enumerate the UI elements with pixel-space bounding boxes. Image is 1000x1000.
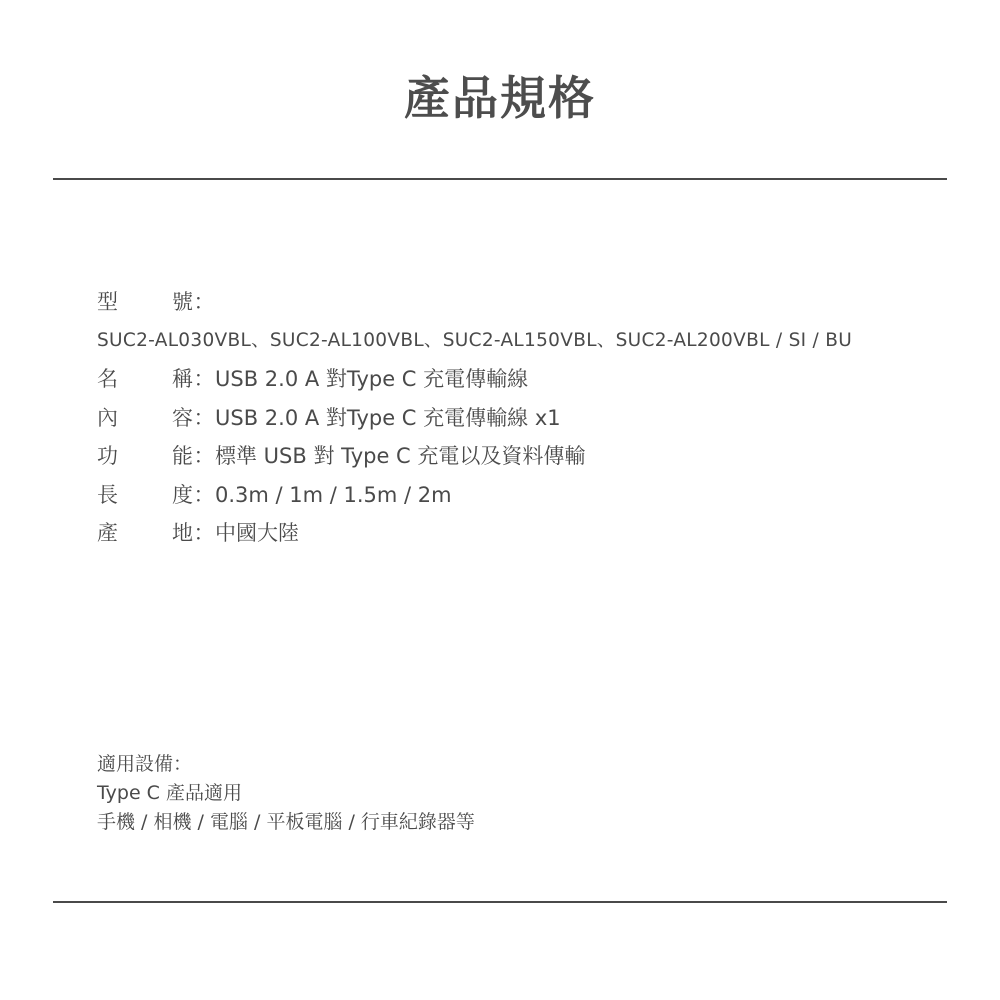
bottom-divider <box>53 901 947 903</box>
spec-name-row: 名 稱 ： USB 2.0 A 對Type C 充電傳輸線 <box>97 360 852 399</box>
spec-contents-row: 內 容 ： USB 2.0 A 對Type C 充電傳輸線 x1 <box>97 399 852 438</box>
spec-label-second-char: 稱 <box>172 360 193 398</box>
spec-label-first-char: 內 <box>97 399 172 437</box>
spec-label-first-char: 名 <box>97 360 172 398</box>
spec-function-row: 功 能 ： 標準 USB 對 Type C 充電以及資料傳輸 <box>97 437 852 476</box>
spec-length-row: 長 度 ： 0.3m / 1m / 1.5m / 2m <box>97 476 852 515</box>
spec-label-second-char: 地 <box>172 514 193 552</box>
spec-name-value: USB 2.0 A 對Type C 充電傳輸線 <box>215 360 528 398</box>
devices-line-list: 手機 / 相機 / 電腦 / 平板電腦 / 行車紀錄器等 <box>97 808 475 837</box>
spec-length-value: 0.3m / 1m / 1.5m / 2m <box>215 476 452 514</box>
spec-colon: ： <box>193 283 215 321</box>
spec-label-second-char: 度 <box>172 476 193 514</box>
spec-origin-value: 中國大陸 <box>215 514 299 552</box>
spec-model-label-row: 型 號 ： <box>97 283 852 322</box>
spec-label-first-char: 長 <box>97 476 172 514</box>
spec-function-value: 標準 USB 對 Type C 充電以及資料傳輸 <box>215 437 585 475</box>
spec-colon: ： <box>193 360 215 398</box>
spec-contents-value: USB 2.0 A 對Type C 充電傳輸線 x1 <box>215 399 561 437</box>
spec-label-first-char: 功 <box>97 437 172 475</box>
spec-colon: ： <box>193 437 215 475</box>
devices-line-type-c: Type C 產品適用 <box>97 779 475 808</box>
devices-heading: 適用設備： <box>97 750 475 779</box>
spec-label-first-char: 產 <box>97 514 172 552</box>
spec-list: 型 號 ： SUC2-AL030VBL、SUC2-AL100VBL、SUC2-A… <box>97 283 852 553</box>
spec-colon: ： <box>193 514 215 552</box>
spec-colon: ： <box>193 476 215 514</box>
top-divider <box>53 178 947 180</box>
page-title: 產品規格 <box>0 68 1000 128</box>
spec-label-second-char: 號 <box>172 283 193 321</box>
spec-colon: ： <box>193 399 215 437</box>
spec-label-second-char: 容 <box>172 399 193 437</box>
compatible-devices: 適用設備： Type C 產品適用 手機 / 相機 / 電腦 / 平板電腦 / … <box>97 750 475 837</box>
spec-label-first-char: 型 <box>97 283 172 321</box>
spec-model-value: SUC2-AL030VBL、SUC2-AL100VBL、SUC2-AL150VB… <box>97 322 852 361</box>
spec-origin-row: 產 地 ： 中國大陸 <box>97 514 852 553</box>
spec-label-second-char: 能 <box>172 437 193 475</box>
